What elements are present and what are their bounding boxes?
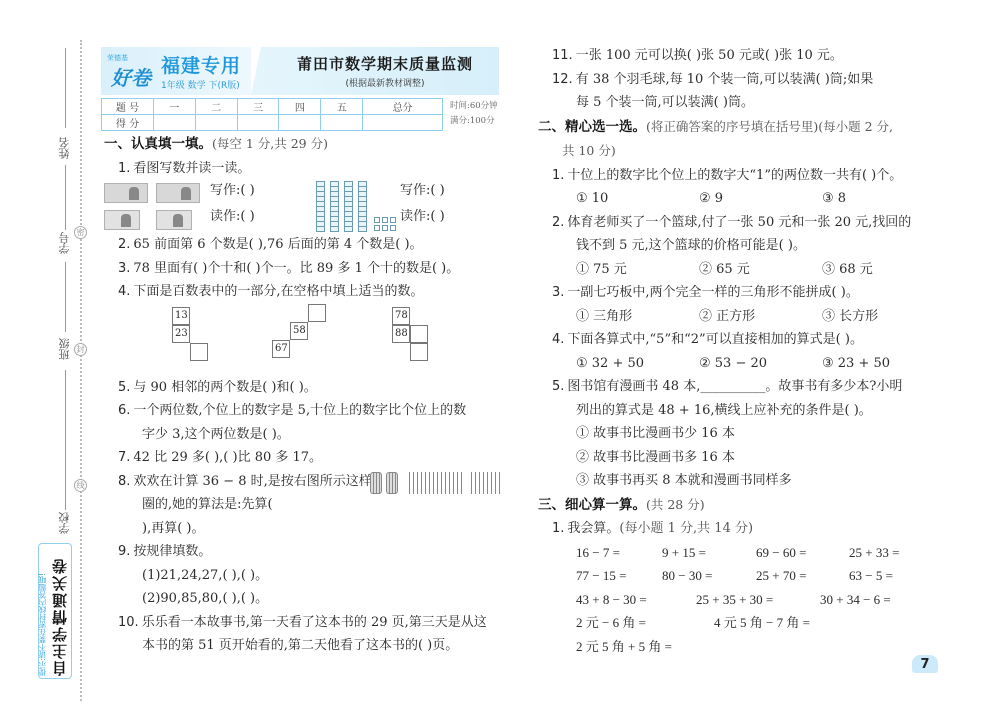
unit-cube-image (374, 217, 380, 223)
calc-item[interactable]: 25 + 70 = (756, 564, 806, 588)
calc-item[interactable]: 9 + 15 = (662, 541, 706, 565)
option-3[interactable]: ③ 8 (822, 187, 945, 211)
seal-mark-icon: 封 (74, 343, 87, 356)
question-1-11: 11.一张 100 元可以换( )张 50 元或( )张 10 元。 (538, 44, 958, 68)
brand-title: 福建专用 (161, 51, 241, 78)
question-number: 6. (118, 403, 130, 418)
blank-cell[interactable] (190, 343, 208, 361)
question-number: 12. (552, 72, 573, 87)
question-text: 我会算。 (567, 521, 619, 536)
full-score: 满分:100分 (450, 114, 498, 129)
ten-stick-image (358, 181, 367, 232)
exam-subtitle: (根据最新教材调整) (345, 76, 424, 89)
column-header: 总分 (363, 99, 443, 115)
class-line (65, 262, 66, 332)
unit-cube-image (382, 225, 388, 231)
section-title: 一、认真填一填。 (104, 136, 212, 152)
unit-cube-image (382, 217, 388, 223)
score-value-row: 得 分 (102, 115, 443, 131)
grid-cell: 88 (392, 325, 410, 343)
options: ① 三角形 ② 正方形 ③ 长方形 (538, 305, 958, 329)
column-header: 一 (154, 99, 196, 115)
score-table: 题 号 一 二 三 四 五 总分 得 分 (101, 98, 443, 131)
section-2-heading: 二、精心选一选。(将正确答案的序号填在括号里)(每小题 2 分, (538, 115, 958, 140)
badge-tip: 提示:请不要在密封线内答题哦! (37, 544, 48, 678)
calc-item[interactable]: 43 + 8 − 30 = (576, 588, 647, 612)
option-1[interactable]: ① 10 (576, 187, 699, 211)
name-label: 姓名 (57, 137, 73, 159)
question-text: 一张 100 元可以换( )张 50 元或( )张 10 元。 (576, 48, 843, 63)
section-3-heading: 三、细心算一算。(共 28 分) (538, 493, 958, 518)
banknote-image (104, 183, 148, 203)
section-note: (将正确答案的序号填在括号里)(每小题 2 分, (646, 119, 893, 134)
question-1-10: 10.乐乐看一本故事书,第一天看了这本书的 29 页,第三天是从这 (104, 611, 504, 635)
exam-title: 莆田市数学期末质量监测 (297, 53, 473, 74)
calc-item[interactable]: 25 + 35 + 30 = (696, 588, 773, 612)
question-number: 1. (552, 168, 564, 183)
score-cell[interactable] (279, 115, 321, 131)
options: ① 75 元 ② 65 元 ③ 68 元 (538, 258, 958, 282)
question-text: 78 里面有( )个十和( )个一。比 89 多 1 个十的数是( )。 (133, 261, 459, 276)
question-text: 按规律填数。 (133, 544, 211, 559)
question-1-6: 6.一个两位数,个位上的数字是 5,十位上的数字比个位上的数 (104, 399, 504, 423)
calc-item[interactable]: 16 − 7 = (576, 541, 620, 565)
column-header: 五 (321, 99, 363, 115)
question-number: 7. (118, 450, 130, 465)
page-number: 7 (912, 655, 938, 673)
option-2[interactable]: ② 正方形 (699, 305, 822, 329)
unit-cube-image (390, 225, 396, 231)
option-3[interactable]: ③ 23 + 50 (822, 352, 945, 376)
question-2-4: 4.下面各算式中,“5”和“2”可以直接相加的算式是( )。 (538, 328, 958, 352)
class-label: 班级 (57, 338, 73, 360)
question-text-continued: 圈的,她的算法是:先算( (104, 493, 504, 517)
question-2-5: 5.图书馆有漫画书 48 本,__________。故事书有多少本?小明 (538, 375, 958, 399)
question-number: 2. (118, 237, 130, 252)
question-1-12: 12.有 38 个羽毛球,每 10 个装一筒,可以装满( )筒;如果 (538, 68, 958, 92)
question-1-5: 5.与 90 相邻的两个数是( )和( )。 (104, 376, 504, 400)
section-title: 二、精心选一选。 (538, 119, 646, 135)
write-answer-2[interactable]: 写作:( ) (400, 179, 445, 203)
question-1-8: 8.欢欢在计算 36 − 8 时,是按右图所示这样 (104, 470, 504, 494)
question-text: 有 38 个羽毛球,每 10 个装一筒,可以装满( )筒;如果 (576, 72, 874, 87)
question-text-continued: 字少 3,这个两位数是( )。 (104, 423, 504, 447)
score-cell[interactable] (363, 115, 443, 131)
options: ① 10 ② 9 ③ 8 (538, 187, 958, 211)
hundred-chart-fragments: 13 23 58 67 78 88 (104, 304, 504, 376)
question-number: 1. (118, 161, 130, 176)
question-number: 1. (552, 521, 564, 536)
logo: 荣德基 好卷 (107, 51, 157, 91)
school-label: 学校 (57, 512, 73, 534)
calc-item[interactable]: 69 − 60 = (756, 541, 806, 565)
grid-cell: 78 (392, 307, 410, 325)
score-cell[interactable] (195, 115, 237, 131)
blank-cell[interactable] (308, 304, 326, 322)
calc-item[interactable]: 63 − 5 = (849, 564, 893, 588)
calc-row: 2 元 − 6 角 = 4 元 5 角 − 7 角 = (538, 611, 958, 635)
question-1-4: 4.下面是百数表中的一部分,在空格中填上适当的数。 (104, 280, 504, 304)
right-column: 11.一张 100 元可以换( )张 50 元或( )张 10 元。 12.有 … (538, 44, 958, 658)
calc-row: 2 元 5 角 + 5 角 = (538, 635, 958, 659)
question-number: 4. (552, 332, 564, 347)
options: ① 32 + 50 ② 53 − 20 ③ 23 + 50 (538, 352, 958, 376)
seal-dotted-line (80, 40, 82, 701)
unit-cube-image (374, 225, 380, 231)
option-2[interactable]: ② 65 元 (699, 258, 822, 282)
calc-item[interactable]: 2 元 − 6 角 = (576, 611, 646, 635)
section-note: (共 28 分) (646, 497, 705, 512)
calc-item[interactable]: 80 − 30 = (662, 564, 712, 588)
question-1-3: 3.78 里面有( )个十和( )个一。比 89 多 1 个十的数是( )。 (104, 257, 504, 281)
option-3[interactable]: ③ 长方形 (822, 305, 945, 329)
grid-cell: 13 (172, 307, 190, 325)
question-text-continued: 本书的第 51 页开始看的,第二天他看了这本书的( )页。 (104, 634, 504, 658)
title-block: 莆田市数学期末质量监测 (根据最新教材调整) (251, 47, 499, 95)
question-text: 65 前面第 6 个数是( ),76 后面的第 4 个数是( )。 (133, 237, 422, 252)
brand-block: 荣德基 好卷 福建专用 1年级 数学 下(R版) (101, 47, 251, 95)
exam-series-badge: 自主学情通关卷 提示:请不要在密封线内答题哦! (38, 543, 72, 679)
blank-cell[interactable] (410, 325, 428, 343)
ten-stick-image (344, 181, 353, 232)
question-text-continued: ),再算( )。 (104, 517, 504, 541)
row-label: 题 号 (102, 99, 154, 115)
grid-cell: 58 (290, 322, 308, 340)
badge-title: 自主学情通关卷 (48, 544, 71, 678)
question-2-1: 1.十位上的数字比个位上的数字大“1”的两位数一共有( )个。 (538, 164, 958, 188)
loose-sticks (468, 472, 500, 494)
seal-mark-icon: 线 (74, 479, 87, 492)
section-1-heading: 一、认真填一填。(每空 1 分,共 29 分) (104, 132, 504, 157)
question-text-continued: 钱不到 5 元,这个篮球的价格可能是( )。 (538, 234, 958, 258)
stick-bundle (386, 472, 398, 494)
banknote-image (156, 183, 200, 203)
id-line (65, 165, 66, 230)
question-text: 下面是百数表中的一部分,在空格中填上适当的数。 (133, 284, 423, 299)
option-2[interactable]: ② 故事书比漫画书多 16 本 (576, 446, 958, 470)
q1-figures: 写作:( ) 读作:( ) 写作:( ) 读作:( ) (104, 181, 504, 233)
ten-stick-image (316, 181, 325, 232)
question-text: 看图写数并读一读。 (133, 161, 250, 176)
question-number: 3. (118, 261, 130, 276)
school-line (65, 370, 66, 510)
name-line (65, 48, 66, 128)
question-number: 8. (118, 474, 130, 489)
grid-cell: 23 (172, 325, 190, 343)
question-text: 欢欢在计算 36 − 8 时,是按右图所示这样 (133, 474, 371, 489)
score-cell[interactable] (154, 115, 196, 131)
calc-item[interactable]: 2 元 5 角 + 5 角 = (576, 635, 672, 659)
question-1-9: 9.按规律填数。 (104, 540, 504, 564)
section-note-cont: 共 10 分) (562, 143, 616, 158)
question-number: 3. (552, 285, 564, 300)
ten-stick-image (330, 181, 339, 232)
score-cell[interactable] (237, 115, 279, 131)
question-2-2: 2.体育老师买了一个篮球,付了一张 50 元和一张 20 元,找回的 (538, 211, 958, 235)
seal-mark-icon: 密 (74, 226, 87, 239)
pattern-2: (2)90,85,80,( ),( )。 (104, 587, 504, 611)
question-number: 5. (118, 380, 130, 395)
question-note: (每小题 1 分,共 14 分) (619, 521, 753, 536)
calc-item[interactable]: 4 元 5 角 − 7 角 = (714, 611, 810, 635)
read-answer[interactable]: 读作:( ) (210, 205, 255, 229)
option-1[interactable]: ① 32 + 50 (576, 352, 699, 376)
question-3-1: 1.我会算。(每小题 1 分,共 14 分) (538, 517, 958, 541)
score-header-row: 题 号 一 二 三 四 五 总分 (102, 99, 443, 115)
question-text: 图书馆有漫画书 48 本,__________。故事书有多少本?小明 (567, 379, 902, 394)
option-3[interactable]: ③ 故事书再买 8 本就和漫画书同样多 (576, 469, 958, 493)
option-1[interactable]: ① 故事书比漫画书少 16 本 (576, 422, 958, 446)
calc-item[interactable]: 30 + 34 − 6 = (820, 588, 891, 612)
grade-subject: 1年级 数学 下(R版) (161, 78, 241, 91)
write-answer[interactable]: 写作:( ) (210, 179, 255, 203)
calc-item[interactable]: 25 + 33 = (849, 541, 899, 565)
question-2-3: 3.一副七巧板中,两个完全一样的三角形不能拼成( )。 (538, 281, 958, 305)
pattern-1: (1)21,24,27,( ),( )。 (104, 564, 504, 588)
stick-bundle (370, 472, 382, 494)
question-text: 十位上的数字比个位上的数字大“1”的两位数一共有( )个。 (567, 168, 902, 183)
stick-bundles-image (366, 470, 506, 496)
student-id-label: 学号 (57, 232, 73, 254)
time-limit: 时间:60分钟 (450, 99, 498, 114)
exam-header: 荣德基 好卷 福建专用 1年级 数学 下(R版) 莆田市数学期末质量监测 (根据… (101, 47, 499, 95)
question-number: 2. (552, 215, 564, 230)
calc-row: 77 − 15 = 80 − 30 = 25 + 70 = 63 − 5 = (538, 564, 958, 588)
exam-info: 时间:60分钟 满分:100分 (450, 99, 498, 129)
question-number: 9. (118, 544, 130, 559)
unit-cube-image (390, 217, 396, 223)
question-1-2: 2.65 前面第 6 个数是( ),76 后面的第 4 个数是( )。 (104, 233, 504, 257)
grid-cell: 67 (272, 340, 290, 358)
question-number: 5. (552, 379, 564, 394)
question-1-7: 7.42 比 29 多( ),( )比 80 多 17。 (104, 446, 504, 470)
logo-text: 好卷 (111, 62, 151, 91)
option-2[interactable]: ② 53 − 20 (699, 352, 822, 376)
binding-margin: 姓名 学号 班级 学校 密 封 线 自主学情通关卷 提示:请不要在密封线内答题哦… (0, 0, 92, 711)
option-3[interactable]: ③ 68 元 (822, 258, 945, 282)
question-number: 10. (118, 615, 139, 630)
question-number: 4. (118, 284, 130, 299)
option-2[interactable]: ② 9 (699, 187, 822, 211)
read-answer-2[interactable]: 读作:( ) (400, 205, 445, 229)
left-column: 一、认真填一填。(每空 1 分,共 29 分) 1.看图写数并读一读。 写作:(… (104, 132, 504, 658)
banknote-image (104, 210, 140, 230)
question-text: 42 比 29 多( ),( )比 80 多 17。 (133, 450, 322, 465)
calc-row: 43 + 8 − 30 = 25 + 35 + 30 = 30 + 34 − 6… (538, 588, 958, 612)
option-1[interactable]: ① 75 元 (576, 258, 699, 282)
section-note: (每空 1 分,共 29 分) (212, 136, 328, 151)
question-text: 体育老师买了一个篮球,付了一张 50 元和一张 20 元,找回的 (567, 215, 911, 230)
blank-cell[interactable] (410, 343, 428, 361)
question-1-1: 1.看图写数并读一读。 (104, 157, 504, 181)
question-number: 11. (552, 48, 573, 63)
column-header: 三 (237, 99, 279, 115)
question-text-continued: 每 5 个装一筒,可以装满( )筒。 (538, 91, 958, 115)
question-text: 下面各算式中,“5”和“2”可以直接相加的算式是( )。 (567, 332, 863, 347)
column-header: 二 (195, 99, 237, 115)
option-1[interactable]: ① 三角形 (576, 305, 699, 329)
section-title: 三、细心算一算。 (538, 497, 646, 513)
question-text: 与 90 相邻的两个数是( )和( )。 (133, 380, 316, 395)
banknote-image (156, 210, 192, 230)
question-text: 一个两位数,个位上的数字是 5,十位上的数字比个位上的数 (133, 403, 466, 418)
loose-sticks (406, 472, 464, 494)
question-text: 一副七巧板中,两个完全一样的三角形不能拼成( )。 (567, 285, 858, 300)
question-text-continued: 列出的算式是 48 + 16,横线上应补充的条件是( )。 (538, 399, 958, 423)
options: ① 故事书比漫画书少 16 本 ② 故事书比漫画书多 16 本 ③ 故事书再买 … (538, 422, 958, 493)
row-label: 得 分 (102, 115, 154, 131)
column-header: 四 (279, 99, 321, 115)
score-cell[interactable] (321, 115, 363, 131)
calc-row: 16 − 7 = 9 + 15 = 69 − 60 = 25 + 33 = (538, 541, 958, 565)
section-2-heading-cont: 共 10 分) (538, 139, 958, 164)
question-text: 乐乐看一本故事书,第一天看了这本书的 29 页,第三天是从这 (142, 615, 487, 630)
calc-item[interactable]: 77 − 15 = (576, 564, 626, 588)
